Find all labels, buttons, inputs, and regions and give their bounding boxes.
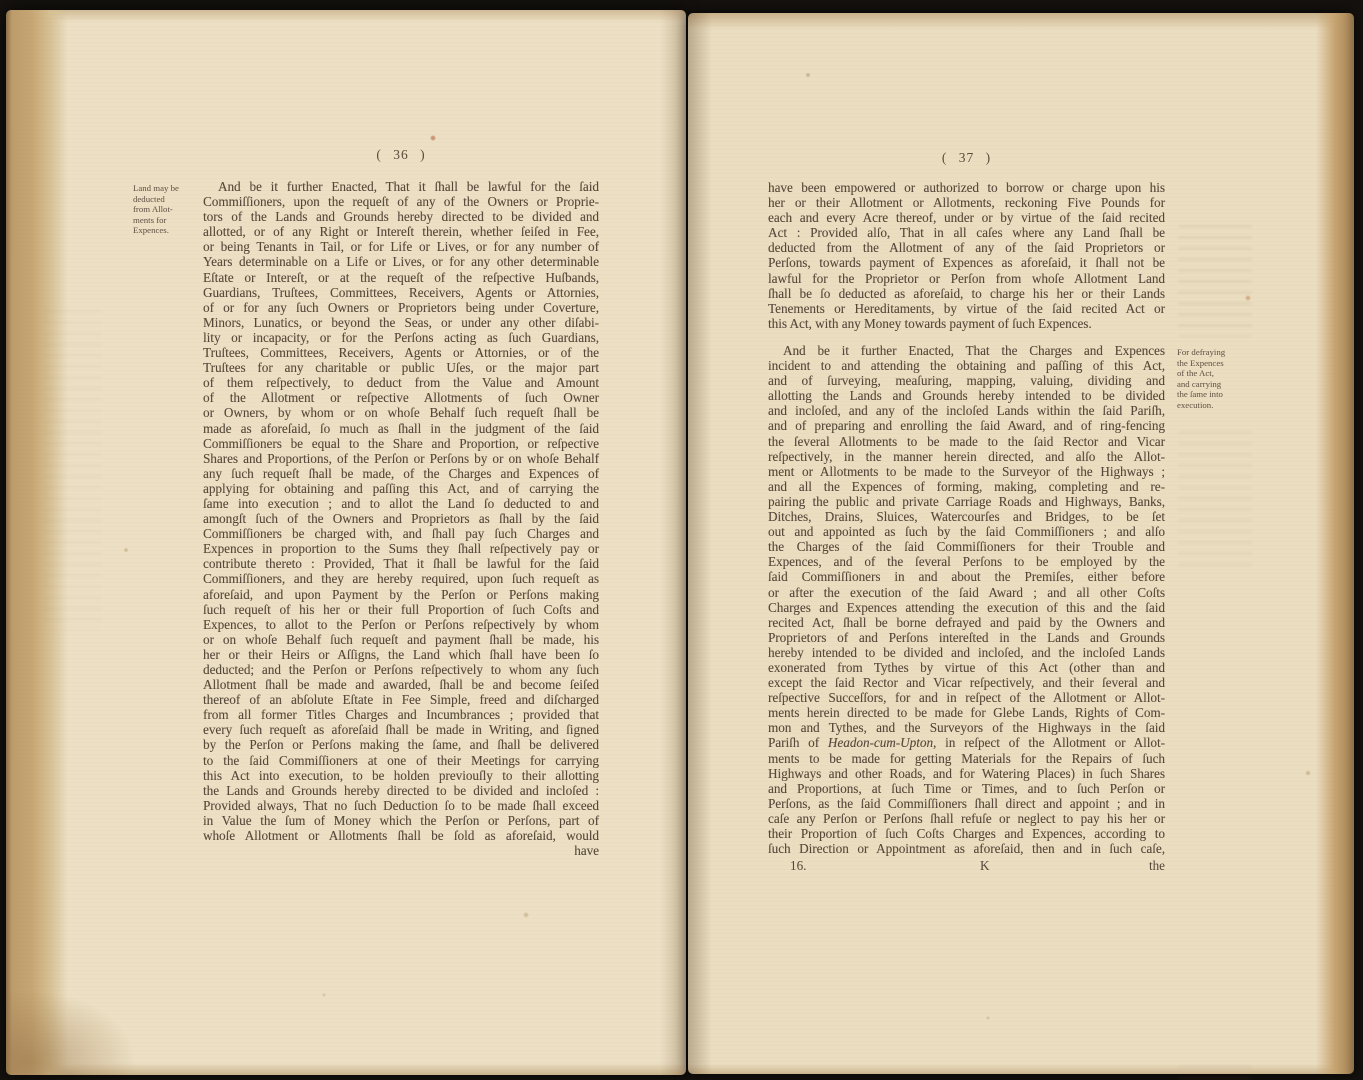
text-line: applying for obtaining and paſſing this … [203, 481, 599, 496]
text-line: made as aforeſaid, ſo much as ſhall in t… [203, 421, 599, 436]
text-line: from Allot- [133, 204, 199, 215]
body-text: And be it further Enacted, That it ſhall… [203, 179, 599, 858]
gathering-letter: K [966, 858, 990, 874]
text-line: recited Act, ſhall be borne defrayed and… [768, 615, 1165, 630]
text-line: reſpective Succeſſors, for and in reſpec… [768, 690, 1165, 705]
text-line: the Lands and Grounds hereby directed to… [203, 783, 599, 798]
text-line: deducted [133, 194, 199, 205]
show-through-ghost [44, 310, 102, 630]
body-lines: And be it further Enacted, That it ſhall… [203, 179, 599, 843]
text-line: Perſons, towards payment of Expences as … [768, 255, 1165, 270]
text-line: the Charges of the ſaid Commiſſioners fo… [768, 539, 1165, 554]
text-line: ments to be made for getting Materials f… [768, 751, 1165, 766]
text-line: any ſuch requeſt ſhall be made, of the C… [203, 466, 599, 481]
show-through-ghost [1178, 225, 1252, 337]
text-line: except the ſaid Rector and Vicar reſpect… [768, 675, 1165, 690]
margin-note: Land may bedeductedfrom Allot-ments forE… [133, 183, 199, 236]
text-line: And be it further Enacted, That the Char… [768, 343, 1165, 358]
text-line: every ſuch requeſt as aforeſaid ſhall be… [203, 722, 599, 737]
text-line: For defraying [1177, 347, 1251, 358]
text-line: ſuch requeſt of his her or their full Pr… [203, 602, 599, 617]
text-line: Guardians, Truſtees, Committees, Receive… [203, 285, 599, 300]
text-line: amongſt ſuch of the Owners and Proprieto… [203, 511, 599, 526]
text-line: Charges and Expences attending the execu… [768, 600, 1165, 615]
text-line: or being Tenants in Tail, or for Life or… [203, 239, 599, 254]
text-line: each and every Acre thereof, under or by… [768, 210, 1165, 225]
margin-note: For defrayingthe Expencesof the Act,and … [1177, 347, 1251, 411]
page-footer: 16. K the [768, 858, 1165, 874]
text-line: deducted; and the Perſon or Perſons reſp… [203, 662, 599, 677]
text-line: or Owners, by whom or on whoſe Behalf ſu… [203, 405, 599, 420]
right-page: ( 37 ) For defrayingthe Expencesof the A… [688, 13, 1354, 1074]
text-line: ſhall be ſo deducted as aforeſaid, to ch… [768, 286, 1165, 301]
text-line: Expences in proportion to the Sums they … [203, 541, 599, 556]
text-line: from all former Titles Charges and Incum… [203, 707, 599, 722]
text-line: her or their Allotment or Allotments, re… [768, 195, 1165, 210]
text-line: of the Allotment or reſpective Allotment… [203, 390, 599, 405]
body-lines: And be it further Enacted, That the Char… [768, 343, 1165, 856]
text-line: the Expences [1177, 358, 1251, 369]
text-line: allotting the Lands and Grounds hereby i… [768, 388, 1165, 403]
book-scan: { "left_page": { "header": "( 36 )", "ma… [0, 0, 1363, 1080]
text-line: caſe any Perſon or Perſons ſhall refuſe … [768, 811, 1165, 826]
page-number: ( 36 ) [203, 147, 599, 163]
text-line: Commiſſioners be charged with, and ſhall… [203, 526, 599, 541]
text-line: thereof of an abſolute Eſtate in Fee Sim… [203, 692, 599, 707]
text-line: and carrying [1177, 379, 1251, 390]
text-line: pairing the public and private Carriage … [768, 494, 1165, 509]
text-line: Truſtees for any charitable or public Uſ… [203, 360, 599, 375]
text-line: this Act, with any Money towards payment… [768, 316, 1165, 331]
text-line: incident to and attending the obtaining … [768, 358, 1165, 373]
text-line: whoſe Allotment or Allotments ſhall be ſ… [203, 828, 599, 843]
text-line: have been empowered or authorized to bor… [768, 180, 1165, 195]
text-line: Minors, Lunatics, or beyond the Seas, or… [203, 315, 599, 330]
text-line: tors of the Lands and Grounds hereby dir… [203, 209, 599, 224]
text-line: to the ſaid Commiſſioners at one of thei… [203, 753, 599, 768]
text-line: Eſtate or Intereſt, or at the requeſt of… [203, 270, 599, 285]
show-through-ghost [1178, 1065, 1252, 1080]
text-line: execution. [1177, 400, 1251, 411]
text-line: Years determinable on a Life or Lives, o… [203, 254, 599, 269]
text-line: Ditches, Drains, Sluices, Watercourſes a… [768, 509, 1165, 524]
signature-number: 16. [768, 858, 806, 874]
text-line: mon and Tythes, and the Surveyors of the… [768, 720, 1165, 735]
text-line: deducted from the Allotment of any of th… [768, 240, 1165, 255]
text-line: Expences, to allot to the Perſon or Perſ… [203, 617, 599, 632]
text-line: Highways and other Roads, and for Wateri… [768, 766, 1165, 781]
text-line: of the Act, [1177, 368, 1251, 379]
text-line: ſame into execution ; and to allot the L… [203, 496, 599, 511]
show-through-ghost [1178, 431, 1252, 571]
text-line: ments herein directed to be made for Gle… [768, 705, 1165, 720]
body-paragraph-1: have been empowered or authorized to bor… [768, 180, 1165, 331]
text-line: Tenements or Hereditaments, by virtue of… [768, 301, 1165, 316]
text-line: aforeſaid, and upon Payment by the Perſo… [203, 587, 599, 602]
text-line: in Value the ſum of Money which the Perſ… [203, 813, 599, 828]
body-paragraph-2: And be it further Enacted, That the Char… [768, 343, 1165, 856]
text-line: Perſons, as the ſaid Commiſſioners ſhall… [768, 796, 1165, 811]
left-page: ( 36 ) Land may bedeductedfrom Allot-men… [6, 10, 686, 1075]
text-line: of them reſpectively, to deduct from the… [203, 375, 599, 390]
text-line: lity or incapacity, or for the Perſons a… [203, 330, 599, 345]
text-line: Provided always, That no ſuch Deduction … [203, 798, 599, 813]
text-line: out and appointed as ſuch by the ſaid Co… [768, 524, 1165, 539]
catchword: the [1149, 858, 1165, 874]
text-line: Commiſſioners, and they are hereby requi… [203, 571, 599, 586]
text-line: Expences, and of the ſeveral Perſons to … [768, 554, 1165, 569]
text-line: Truſtees, Committees, Receivers, Agents … [203, 345, 599, 360]
text-line: Commiſſioners, upon the requeſt of any o… [203, 194, 599, 209]
text-line: their Proportion of ſuch Coſts Charges a… [768, 826, 1165, 841]
text-line: by the Perſon or Perſons making the ſame… [203, 737, 599, 752]
text-line: this Act into execution, to be holden pr… [203, 768, 599, 783]
text-line: reſpectively, in the manner herein direc… [768, 449, 1165, 464]
text-line: the ſeveral Allotments to be made to the… [768, 434, 1165, 449]
text-line: Shares and Proportions, of the Perſon or… [203, 451, 599, 466]
text-line: and of ſurveying, meaſuring, mapping, va… [768, 373, 1165, 388]
text-line: Expences. [133, 225, 199, 236]
text-line: Commiſſioners be equal to the Share and … [203, 436, 599, 451]
text-line: ſuch Direction or Appointment as aforeſa… [768, 841, 1165, 856]
text-line: exonerated from Tythes by virtue of this… [768, 660, 1165, 675]
page-number: ( 37 ) [768, 150, 1165, 166]
text-line: And be it further Enacted, That it ſhall… [203, 179, 599, 194]
text-line: and Proportions, at ſuch Time or Times, … [768, 781, 1165, 796]
text-line: the ſame into [1177, 389, 1251, 400]
text-line: and incloſed, and any of the incloſed La… [768, 403, 1165, 418]
text-line: of or for any ſuch Owners or Proprietors… [203, 300, 599, 315]
catchword: have [203, 843, 599, 858]
text-line: and of preparing and enrolling the ſaid … [768, 418, 1165, 433]
text-line: Act : Provided alſo, That in all caſes w… [768, 225, 1165, 240]
text-line: ments for [133, 215, 199, 226]
text-line: or after the execution of the ſaid Award… [768, 585, 1165, 600]
text-line: her or their Heirs or Aſſigns, the Land … [203, 647, 599, 662]
text-line: Pariſh of Headon-cum-Upton, in reſpect o… [768, 735, 1165, 750]
text-line: contribute thereto : Provided, That it ſ… [203, 556, 599, 571]
text-line: Proprietors of and Perſons intereſted in… [768, 630, 1165, 645]
text-line: or on whoſe Behalf ſuch requeſt and paym… [203, 632, 599, 647]
text-line: allotted, or of any Right or Intereſt th… [203, 224, 599, 239]
text-line: hereby intended to be divided and incloſ… [768, 645, 1165, 660]
text-line: and all the Expences of forming, making,… [768, 479, 1165, 494]
text-line: ment or Allotments to be made to the Sur… [768, 464, 1165, 479]
body-lines: have been empowered or authorized to bor… [768, 180, 1165, 331]
text-line: lawful for the Proprietor or Perſon from… [768, 271, 1165, 286]
text-line: Allotment ſhall be made and awarded, ſha… [203, 677, 599, 692]
text-line: Land may be [133, 183, 199, 194]
text-line: ſaid Commiſſioners in and about the Prem… [768, 569, 1165, 584]
